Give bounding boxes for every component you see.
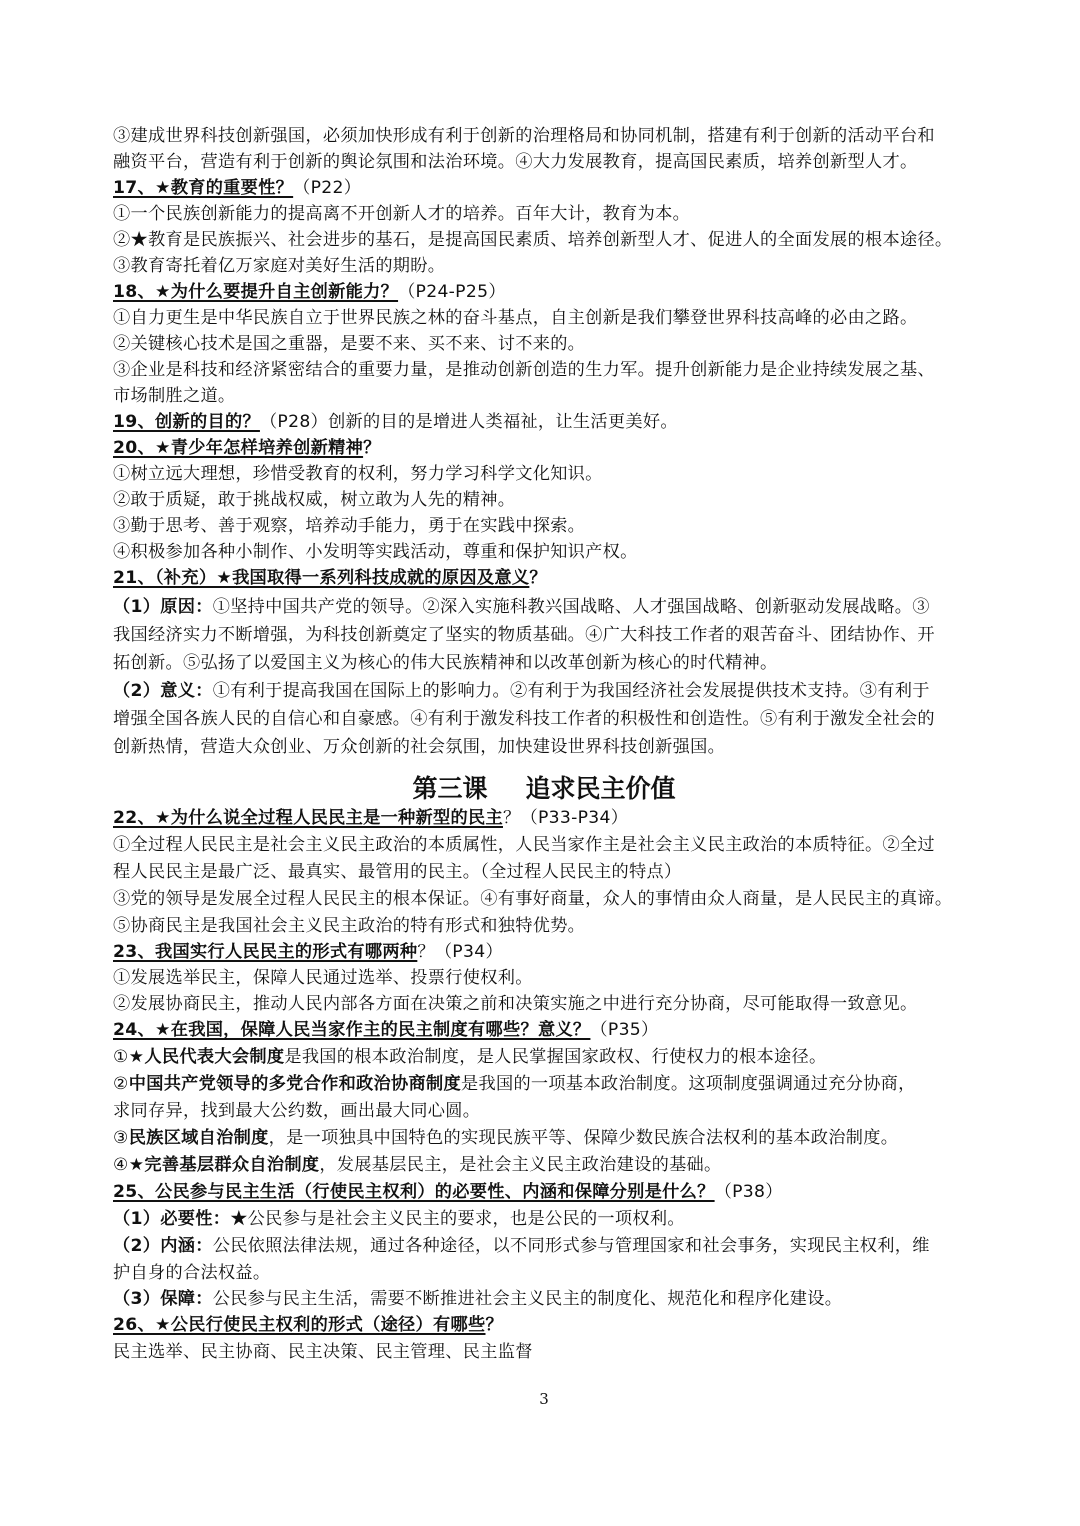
text: ①有利于提高我国在国际上的影响力。②有利于为我国经济社会发展提供技术支持。③有利… bbox=[213, 681, 930, 701]
marker: ③ bbox=[113, 1128, 129, 1148]
question-mark: ？ bbox=[529, 568, 547, 588]
text-line: ③党的领导是发展全过程人民民主的根本保证。④有事好商量，众人的事情由众人商量，是… bbox=[113, 887, 952, 911]
text-line: ①★人民代表大会制度是我国的根本政治制度，是人民掌握国家政权、行使权力的根本途径… bbox=[113, 1045, 826, 1069]
question-mark: ？ bbox=[486, 1315, 504, 1335]
page-ref: （P24-P25） bbox=[398, 282, 506, 302]
text-line: ②★教育是民族振兴、社会进步的基石，是提高国民素质、培养创新型人才、促进人的全面… bbox=[113, 228, 952, 252]
question-22-heading: 22、★为什么说全过程人民民主是一种新型的民主？（P33-P34） bbox=[113, 806, 628, 830]
text: ★公民参与是社会主义民主的要求，也是公民的一项权利。 bbox=[230, 1209, 685, 1229]
text: 公民参与民主生活，需要不断推进社会主义民主的制度化、规范化和程序化建设。 bbox=[213, 1289, 843, 1309]
question-title: 23、我国实行人民民主的形式有哪两种 bbox=[113, 942, 417, 962]
page-ref: （P28） bbox=[260, 412, 328, 432]
text-line: 程人民民主是最广泛、最真实、最管用的民主。（全过程人民民主的特点） bbox=[113, 860, 682, 884]
text-line: ②中国共产党领导的多党合作和政治协商制度是我国的一项基本政治制度。这项制度强调通… bbox=[113, 1072, 916, 1096]
text-line: 拓创新。⑤弘扬了以爱国主义为核心的伟大民族精神和以改革创新为核心的时代精神。 bbox=[113, 651, 778, 675]
question-title: 24、★在我国，保障人民当家作主的民主制度有哪些？意义？ bbox=[113, 1020, 590, 1040]
question-title: 18、★为什么要提升自主创新能力？ bbox=[113, 282, 398, 302]
text: 是我国的根本政治制度，是人民掌握国家政权、行使权力的根本途径。 bbox=[284, 1047, 826, 1067]
question-20-heading: 20、★青少年怎样培养创新精神？ bbox=[113, 436, 381, 460]
text: ，是一项独具中国特色的实现民族平等、保障少数民族合法权利的基本政治制度。 bbox=[269, 1128, 899, 1148]
text-line: ①全过程人民民主是社会主义民主政治的本质属性，人民当家作主是社会主义民主政治的本… bbox=[113, 833, 935, 857]
text-line: ①一个民族创新能力的提高离不开创新人才的培养。百年大计，教育为本。 bbox=[113, 202, 690, 226]
label: （2）内涵： bbox=[113, 1236, 213, 1256]
text-line: 民主选举、民主协商、民主决策、民主管理、民主监督 bbox=[113, 1340, 533, 1364]
page-ref: （P38） bbox=[715, 1182, 783, 1202]
text-line: ③教育寄托着亿万家庭对美好生活的期盼。 bbox=[113, 254, 445, 278]
question-title: 22、★为什么说全过程人民民主是一种新型的民主 bbox=[113, 808, 503, 828]
text-line: ③建成世界科技创新强国，必须加快形成有利于创新的治理格局和协同机制，搭建有利于创… bbox=[113, 124, 935, 148]
text: ，发展基层民主，是社会主义民主政治建设的基础。 bbox=[319, 1155, 721, 1175]
text-line: （2）意义：①有利于提高我国在国际上的影响力。②有利于为我国经济社会发展提供技术… bbox=[113, 679, 930, 703]
bold-term: 人民代表大会制度 bbox=[144, 1047, 284, 1067]
question-25-heading: 25、公民参与民主生活（行使民主权利）的必要性、内涵和保障分别是什么？（P38） bbox=[113, 1180, 783, 1204]
text: 是我国的一项基本政治制度。这项制度强调通过充分协商， bbox=[461, 1074, 916, 1094]
text-line: ③企业是科技和经济紧密结合的重要力量，是推动创新创造的生力军。提升创新能力是企业… bbox=[113, 358, 935, 382]
text-line: （1）原因：①坚持中国共产党的领导。②深入实施科教兴国战略、人才强国战略、创新驱… bbox=[113, 595, 930, 619]
question-title: 17、★教育的重要性？ bbox=[113, 178, 293, 198]
label: （2）意义： bbox=[113, 681, 213, 701]
lesson-number: 第三课 bbox=[412, 774, 487, 803]
marker: ② bbox=[113, 1074, 129, 1094]
question-title: 26、★公民行使民主权利的形式（途径）有哪些 bbox=[113, 1315, 486, 1335]
page-ref: （P22） bbox=[293, 178, 361, 198]
question-title: 19、创新的目的？ bbox=[113, 412, 260, 432]
question-mark: ？ bbox=[363, 438, 381, 458]
question-title: 21、（补充）★我国取得一系列科技成就的原因及意义 bbox=[113, 568, 529, 588]
text-line: 求同存异，找到最大公约数，画出最大同心圆。 bbox=[113, 1099, 480, 1123]
label: （1）必要性： bbox=[113, 1209, 230, 1229]
text-line: ①树立远大理想，珍惜受教育的权利，努力学习科学文化知识。 bbox=[113, 462, 603, 486]
text-line: 护自身的合法权益。 bbox=[113, 1261, 270, 1285]
text-line: ③民族区域自治制度，是一项独具中国特色的实现民族平等、保障少数民族合法权利的基本… bbox=[113, 1126, 898, 1150]
text-line: （1）必要性：★公民参与是社会主义民主的要求，也是公民的一项权利。 bbox=[113, 1207, 685, 1231]
label: （1）原因： bbox=[113, 597, 213, 617]
question-17-heading: 17、★教育的重要性？（P22） bbox=[113, 176, 361, 200]
lesson-heading: 第三课追求民主价值 bbox=[113, 772, 975, 806]
question-21-heading: 21、（补充）★我国取得一系列科技成就的原因及意义？ bbox=[113, 566, 547, 590]
text-line: 我国经济实力不断增强，为科技创新奠定了坚实的物质基础。④广大科技工作者的艰苦奋斗… bbox=[113, 623, 935, 647]
text: ①坚持中国共产党的领导。②深入实施科教兴国战略、人才强国战略、创新驱动发展战略。… bbox=[213, 597, 930, 617]
marker: ④★ bbox=[113, 1155, 144, 1175]
text-line: （3）保障：公民参与民主生活，需要不断推进社会主义民主的制度化、规范化和程序化建… bbox=[113, 1287, 842, 1311]
text-line: ④积极参加各种小制作、小发明等实践活动，尊重和保护知识产权。 bbox=[113, 540, 638, 564]
question-26-heading: 26、★公民行使民主权利的形式（途径）有哪些？ bbox=[113, 1313, 503, 1337]
question-23-heading: 23、我国实行人民民主的形式有哪两种？（P34） bbox=[113, 940, 503, 964]
text-line: ②关键核心技术是国之重器，是要不来、买不来、讨不来的。 bbox=[113, 332, 585, 356]
question-24-heading: 24、★在我国，保障人民当家作主的民主制度有哪些？意义？（P35） bbox=[113, 1018, 659, 1042]
page-number: 3 bbox=[113, 1390, 975, 1408]
text-line: 融资平台，营造有利于创新的舆论氛围和法治环境。④大力发展教育，提高国民素质，培养… bbox=[113, 150, 917, 174]
text: 公民依照法律法规，通过各种途径，以不同形式参与管理国家和社会事务，实现民主权利，… bbox=[213, 1236, 930, 1256]
marker: ①★ bbox=[113, 1047, 144, 1067]
text-line: 市场制胜之道。 bbox=[113, 384, 235, 408]
text-line: ③勤于思考、善于观察，培养动手能力，勇于在实践中探索。 bbox=[113, 514, 585, 538]
text-line: ⑤协商民主是我国社会主义民主政治的特有形式和独特优势。 bbox=[113, 914, 585, 938]
bold-term: 中国共产党领导的多党合作和政治协商制度 bbox=[129, 1074, 461, 1094]
question-title: 25、公民参与民主生活（行使民主权利）的必要性、内涵和保障分别是什么？ bbox=[113, 1182, 715, 1202]
bold-term: 完善基层群众自治制度 bbox=[144, 1155, 319, 1175]
text-line: ②敢于质疑，敢于挑战权威，树立敢为人先的精神。 bbox=[113, 488, 515, 512]
text-line: ①发展选举民主，保障人民通过选举、投票行使权利。 bbox=[113, 966, 533, 990]
bold-term: 民族区域自治制度 bbox=[129, 1128, 269, 1148]
label: （3）保障： bbox=[113, 1289, 213, 1309]
page-ref: （P35） bbox=[590, 1020, 658, 1040]
text-line: ④★完善基层群众自治制度，发展基层民主，是社会主义民主政治建设的基础。 bbox=[113, 1153, 722, 1177]
answer-text: 创新的目的是增进人类福祉，让生活更美好。 bbox=[328, 412, 678, 432]
text-line: ①自力更生是中华民族自立于世界民族之林的奋斗基点，自主创新是我们攀登世界科技高峰… bbox=[113, 306, 917, 330]
text-line: 增强全国各族人民的自信心和自豪感。④有利于激发科技工作者的积极性和创造性。⑤有利… bbox=[113, 707, 935, 731]
lesson-title: 追求民主价值 bbox=[526, 774, 676, 803]
page-ref: ？（P34） bbox=[417, 942, 503, 962]
question-19-heading: 19、创新的目的？（P28）创新的目的是增进人类福祉，让生活更美好。 bbox=[113, 410, 678, 434]
page-ref: ？（P33-P34） bbox=[503, 808, 628, 828]
text-line: （2）内涵：公民依照法律法规，通过各种途径，以不同形式参与管理国家和社会事务，实… bbox=[113, 1234, 930, 1258]
question-18-heading: 18、★为什么要提升自主创新能力？（P24-P25） bbox=[113, 280, 506, 304]
text-line: ②发展协商民主，推动人民内部各方面在决策之前和决策实施之中进行充分协商，尽可能取… bbox=[113, 992, 917, 1016]
question-title: 20、★青少年怎样培养创新精神 bbox=[113, 438, 363, 458]
text-line: 创新热情，营造大众创业、万众创新的社会氛围，加快建设世界科技创新强国。 bbox=[113, 735, 725, 759]
